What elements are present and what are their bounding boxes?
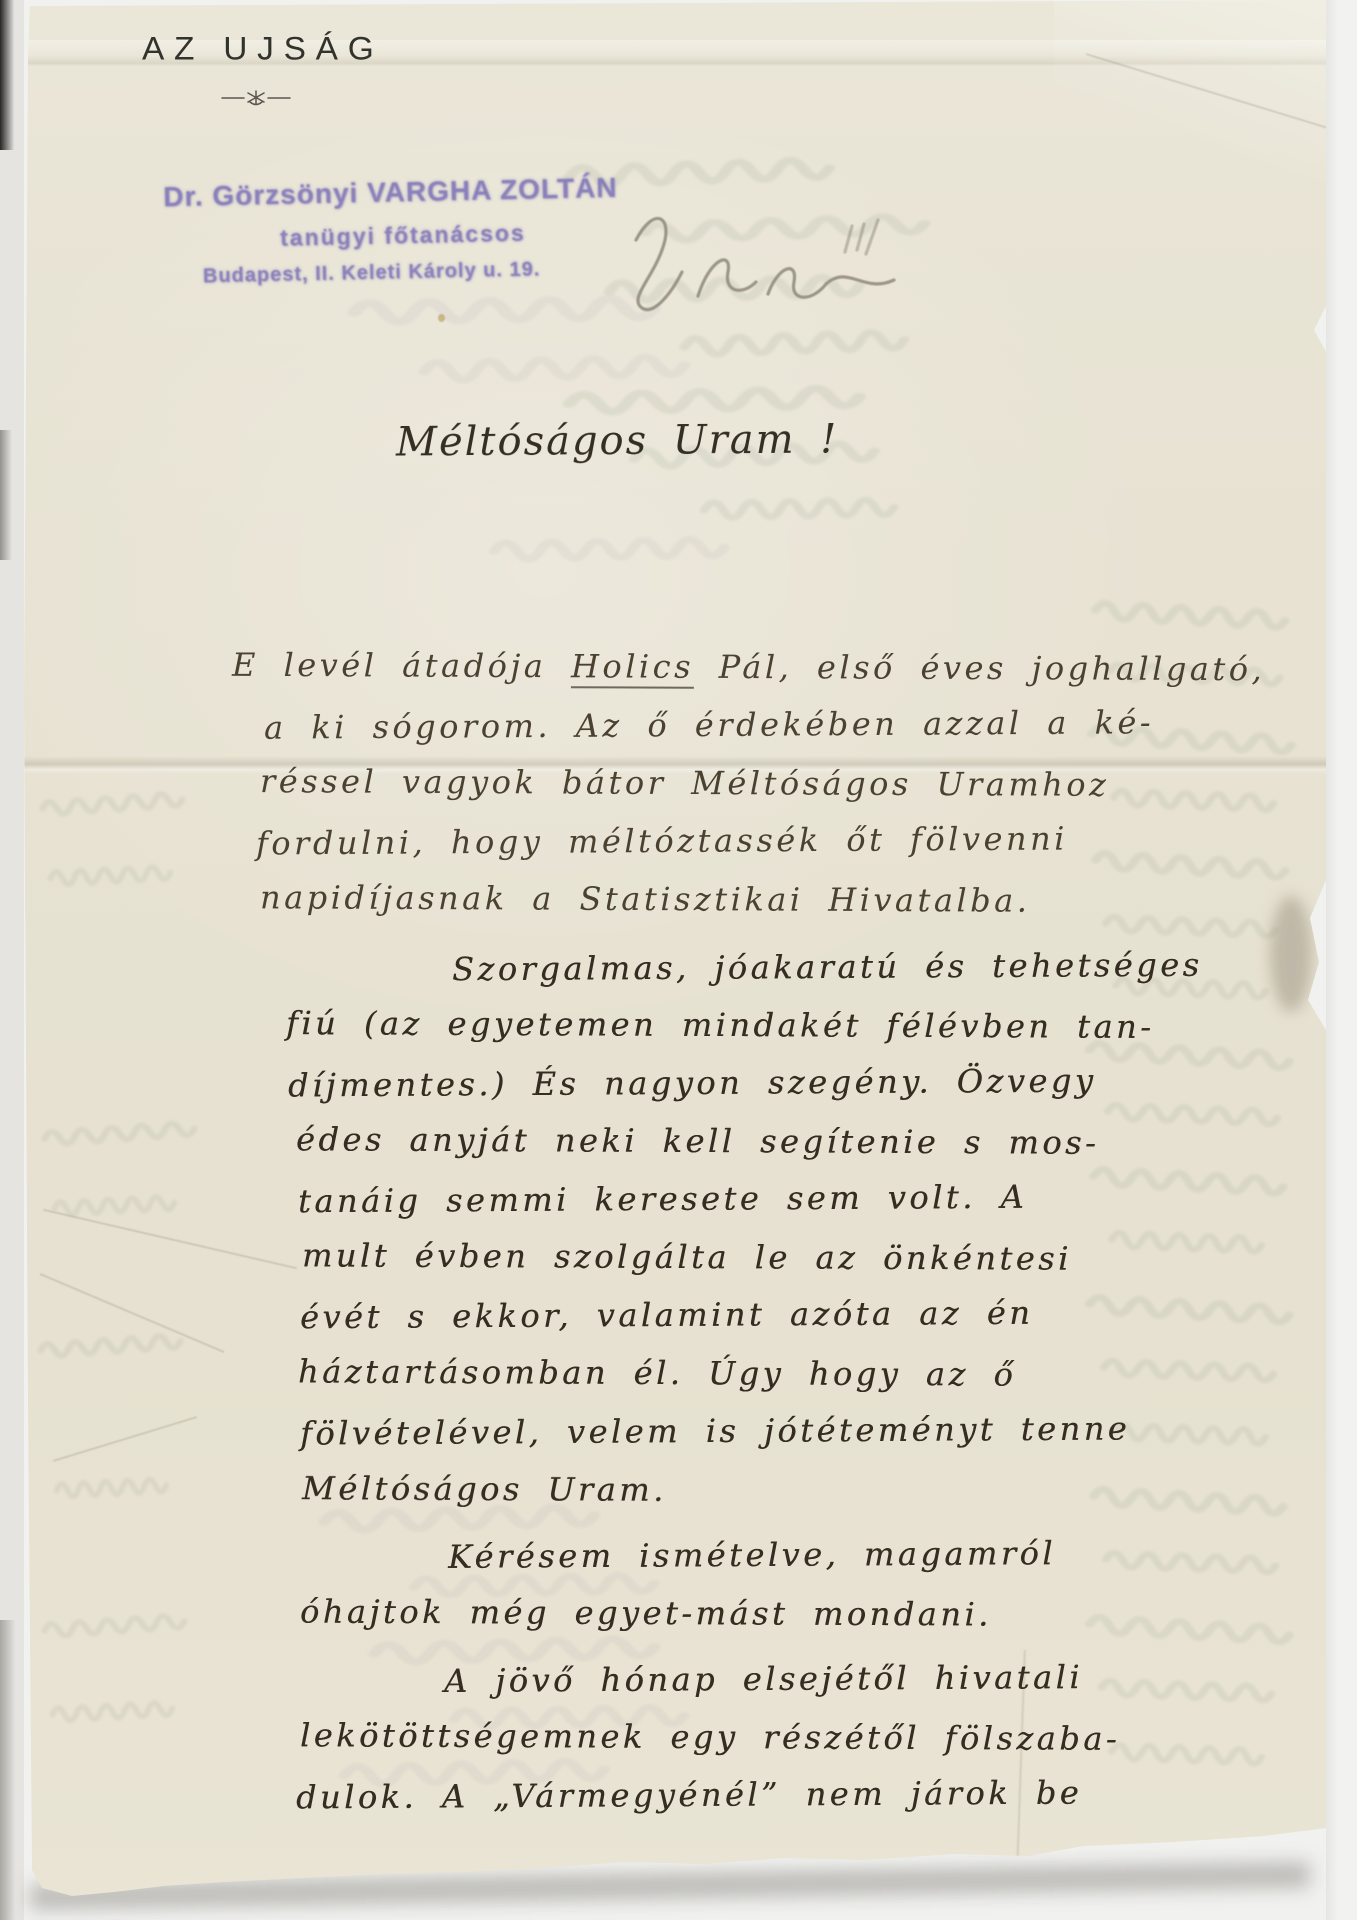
handwritten-line: fiú (az egyetemen mindakét félévben tan- <box>286 1004 1155 1046</box>
letter-paper: AZ UJSÁG Dr. Görzsönyi VARGHA ZOLTÁN tan… <box>24 0 1326 1906</box>
handwritten-line: óhajtok még egyet-mást mondani. <box>300 1592 992 1633</box>
handwritten-line: díjmentes.) És nagyon szegény. Özvegy <box>288 1062 1097 1105</box>
handwritten-line: dulok. A „Vármegyénél” nem járok be <box>296 1774 1082 1817</box>
underlined-name: Holics <box>571 647 694 689</box>
handwritten-line: fordulni, hogy méltóztassék őt fölvenni <box>256 820 1068 863</box>
scanned-letter-page: AZ UJSÁG Dr. Görzsönyi VARGHA ZOLTÁN tan… <box>0 0 1357 1920</box>
stamp-title-line: tanügyi főtanácsos <box>280 217 664 252</box>
salutation: Méltóságos Uram ! <box>396 416 839 465</box>
handwritten-line: A jövő hónap elsejétől hivatali <box>444 1658 1083 1700</box>
handwritten-line: fölvételével, velem is jótéteményt tenne <box>300 1409 1130 1452</box>
crease-line <box>40 1273 225 1353</box>
edge-tear-shadow <box>1270 896 1312 1012</box>
crease-line <box>1086 53 1354 137</box>
scanner-edge-shadow <box>0 0 24 1920</box>
handwritten-line: Méltóságos Uram. <box>302 1469 667 1509</box>
stamp-name-line: Dr. Görzsönyi VARGHA ZOLTÁN <box>163 171 664 213</box>
stamp-address-line: Budapest, II. Keleti Károly u. 19. <box>203 256 665 289</box>
crease-line <box>53 1416 197 1462</box>
handwritten-line: réssel vagyok bátor Méltóságos Uramhoz <box>260 762 1110 804</box>
handwritten-line: napidíjasnak a Statisztikai Hivatalba. <box>260 878 1031 919</box>
folded-corner-highlight <box>1054 0 1326 220</box>
masthead-ornament-icon <box>220 88 292 108</box>
masthead-title: AZ UJSÁG <box>142 30 383 68</box>
pencil-annotation <box>620 196 920 336</box>
handwritten-line: háztartásomban él. Úgy hogy az ő <box>298 1352 1016 1393</box>
scan-background-margin <box>1326 0 1357 1920</box>
paper-stain <box>438 314 445 322</box>
line1-pre: E levél átadója <box>232 646 571 685</box>
handwritten-line: Szorgalmas, jóakaratú és tehetséges <box>452 946 1203 989</box>
line1-post: Pál, első éves joghallgató, <box>694 648 1265 688</box>
handwritten-line: évét s ekkor, valamint azóta az én <box>300 1294 1034 1336</box>
handwritten-line: E levél átadója Holics Pál, első éves jo… <box>232 646 1265 689</box>
handwritten-line: lekötöttségemnek egy részétől fölszaba- <box>300 1716 1120 1758</box>
handwritten-line: tanáig semmi keresete sem volt. A <box>298 1178 1027 1220</box>
handwritten-line: a ki sógorom. Az ő érdekében azzal a ké- <box>264 703 1154 746</box>
handwritten-line: mult évben szolgálta le az önkéntesi <box>302 1236 1072 1277</box>
rubber-stamp: Dr. Görzsönyi VARGHA ZOLTÁN tanügyi főta… <box>163 171 665 289</box>
handwritten-line: édes anyját neki kell segítenie s mos- <box>296 1120 1099 1162</box>
handwritten-line: Kérésem ismételve, magamról <box>448 1534 1056 1576</box>
crease-line <box>43 1209 297 1269</box>
